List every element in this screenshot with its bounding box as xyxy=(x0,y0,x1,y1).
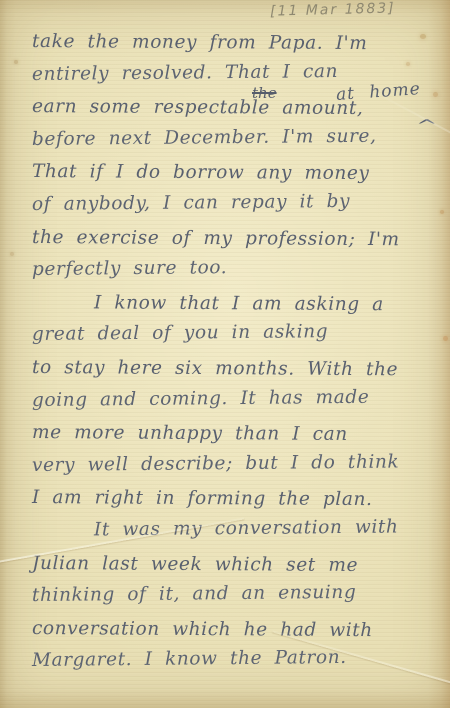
letter-line: perfectly sure too. xyxy=(32,250,442,287)
letter-line: very well describe; but I do think xyxy=(32,446,442,483)
insertion-caret: ^ xyxy=(416,116,437,135)
letter-line: Margaret. I know the Patron. xyxy=(32,641,442,678)
letter-page: [11 Mar 1883] take the money from Papa. … xyxy=(0,0,450,708)
letter-line: thinking of it, and an ensuing xyxy=(32,576,442,613)
struck-out-word: the xyxy=(252,84,277,102)
letter-line: before next December. I'm sure, xyxy=(32,120,442,157)
letter-body: take the money from Papa. I'm entirely r… xyxy=(32,26,442,678)
letter-line: great deal of you in asking xyxy=(32,315,442,352)
letter-line-paragraph-start: It was my conversation with xyxy=(32,511,442,548)
archival-date-annotation: [11 Mar 1883] xyxy=(270,0,396,19)
letter-line: going and coming. It has made xyxy=(32,381,442,418)
foxing-spot xyxy=(14,60,18,64)
foxing-spot xyxy=(443,336,448,341)
letter-line: of anybody, I can repay it by xyxy=(32,185,442,222)
foxing-spot xyxy=(10,252,14,256)
